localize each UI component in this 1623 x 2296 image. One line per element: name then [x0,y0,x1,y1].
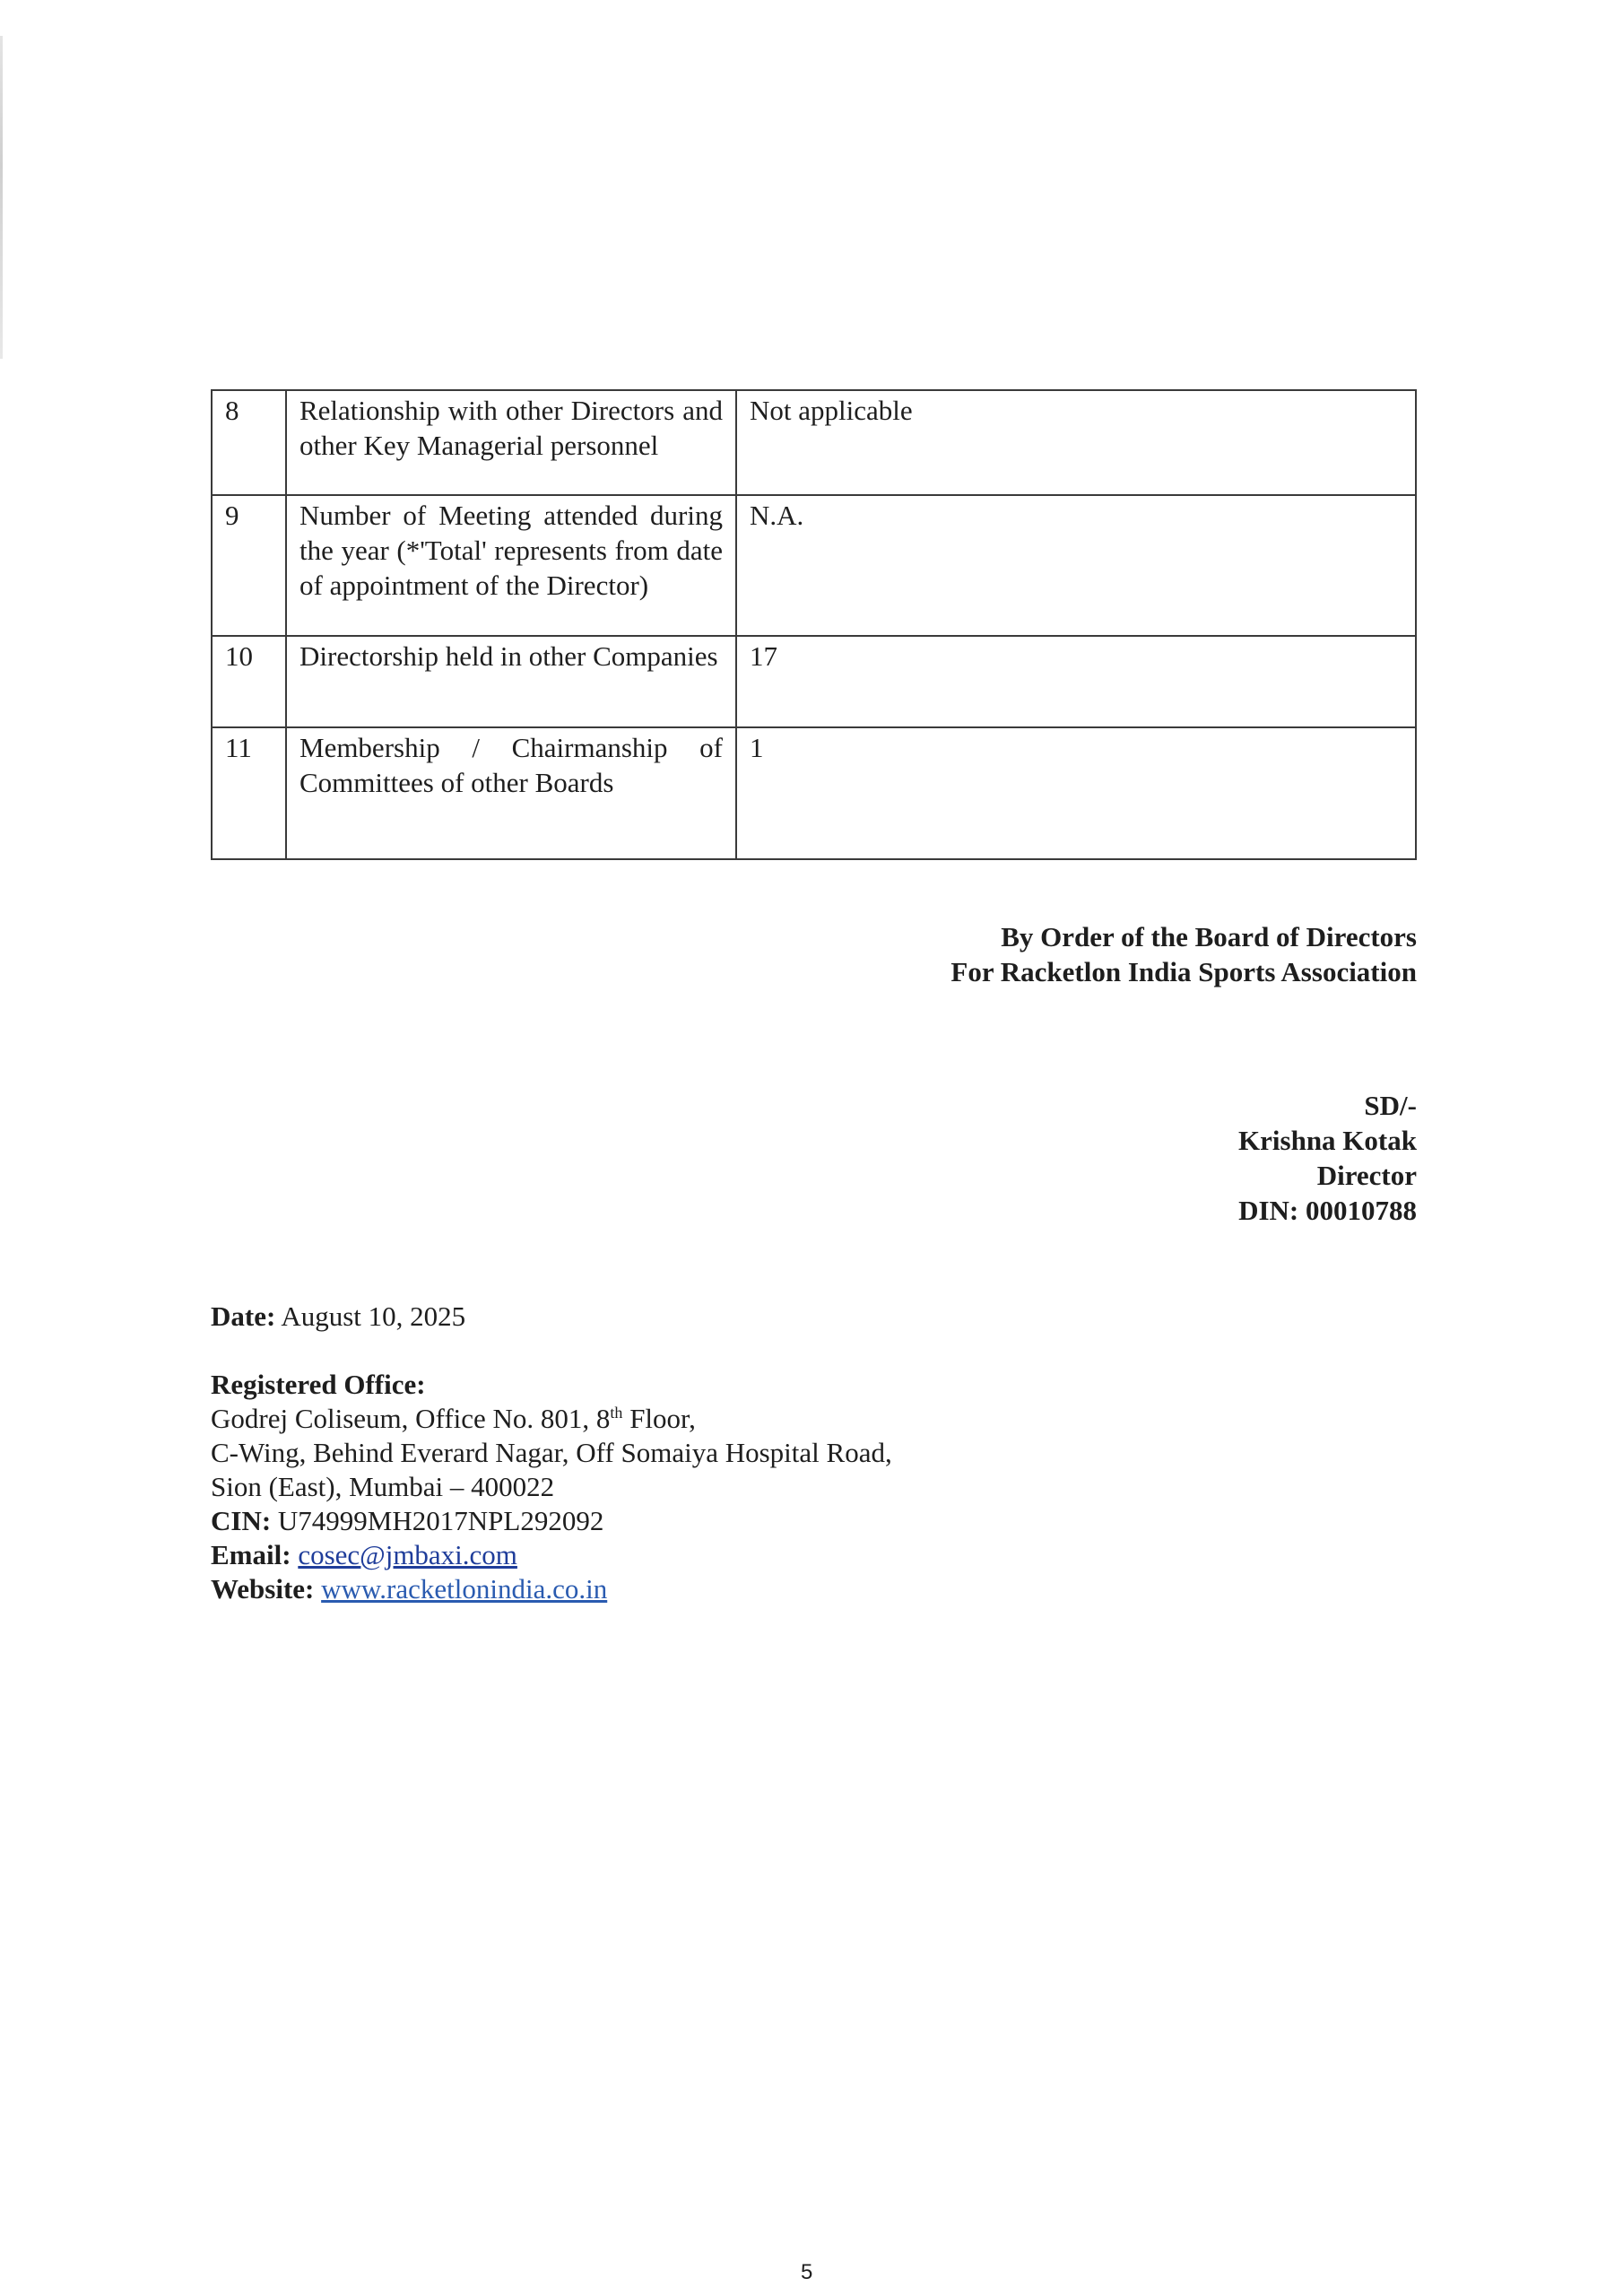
signatory-designation: Director [1238,1158,1417,1193]
address-text: Godrej Coliseum, Office No. 801, 8 [211,1403,610,1434]
table-row: 11 Membership / Chairmanship of Committe… [212,727,1416,859]
signatory-din: DIN: 00010788 [1238,1193,1417,1228]
cin-row: CIN: U74999MH2017NPL292092 [211,1504,892,1538]
row-number: 8 [212,390,286,495]
website-link[interactable]: www.racketlonindia.co.in [321,1573,607,1605]
email-row: Email: cosec@jmbaxi.com [211,1538,892,1572]
date-row: Date: August 10, 2025 [211,1300,892,1334]
table-row: 9 Number of Meeting attended during the … [212,495,1416,636]
office-heading: Registered Office: [211,1368,892,1402]
board-order-block: By Order of the Board of Directors For R… [950,919,1417,989]
table-row: 8 Relationship with other Directors and … [212,390,1416,495]
email-link[interactable]: cosec@jmbaxi.com [298,1539,517,1570]
row-value: 17 [736,636,1416,727]
row-label: Relationship with other Directors and ot… [286,390,736,495]
footer-details: Date: August 10, 2025 Registered Office:… [211,1300,892,1606]
row-label: Membership / Chairmanship of Committees … [286,727,736,859]
date-label: Date: [211,1300,275,1332]
signatory-name: Krishna Kotak [1238,1123,1417,1158]
date-value: August 10, 2025 [281,1300,465,1332]
row-value: 1 [736,727,1416,859]
cin-value: U74999MH2017NPL292092 [278,1505,603,1536]
director-details-table: 8 Relationship with other Directors and … [211,389,1417,860]
signature-mark: SD/- [1238,1088,1417,1123]
address-line-2: C-Wing, Behind Everard Nagar, Off Somaiy… [211,1436,892,1470]
board-order-line: By Order of the Board of Directors [950,919,1417,954]
row-number: 9 [212,495,286,636]
row-label: Number of Meeting attended during the ye… [286,495,736,636]
email-label: Email: [211,1539,291,1570]
ordinal-suffix: th [610,1404,622,1422]
row-number: 10 [212,636,286,727]
row-label: Directorship held in other Companies [286,636,736,727]
scan-edge-artifact [0,36,3,359]
address-text: Floor, [622,1403,695,1434]
page-number: 5 [801,2260,812,2285]
row-number: 11 [212,727,286,859]
cin-label: CIN: [211,1505,271,1536]
office-label: Registered Office: [211,1369,426,1400]
row-value: Not applicable [736,390,1416,495]
website-row: Website: www.racketlonindia.co.in [211,1572,892,1606]
table-row: 10 Directorship held in other Companies … [212,636,1416,727]
address-line-3: Sion (East), Mumbai – 400022 [211,1470,892,1504]
row-value: N.A. [736,495,1416,636]
signatory-block: SD/- Krishna Kotak Director DIN: 0001078… [1238,1088,1417,1228]
address-line-1: Godrej Coliseum, Office No. 801, 8th Flo… [211,1402,892,1436]
website-label: Website: [211,1573,314,1605]
association-line: For Racketlon India Sports Association [950,954,1417,989]
